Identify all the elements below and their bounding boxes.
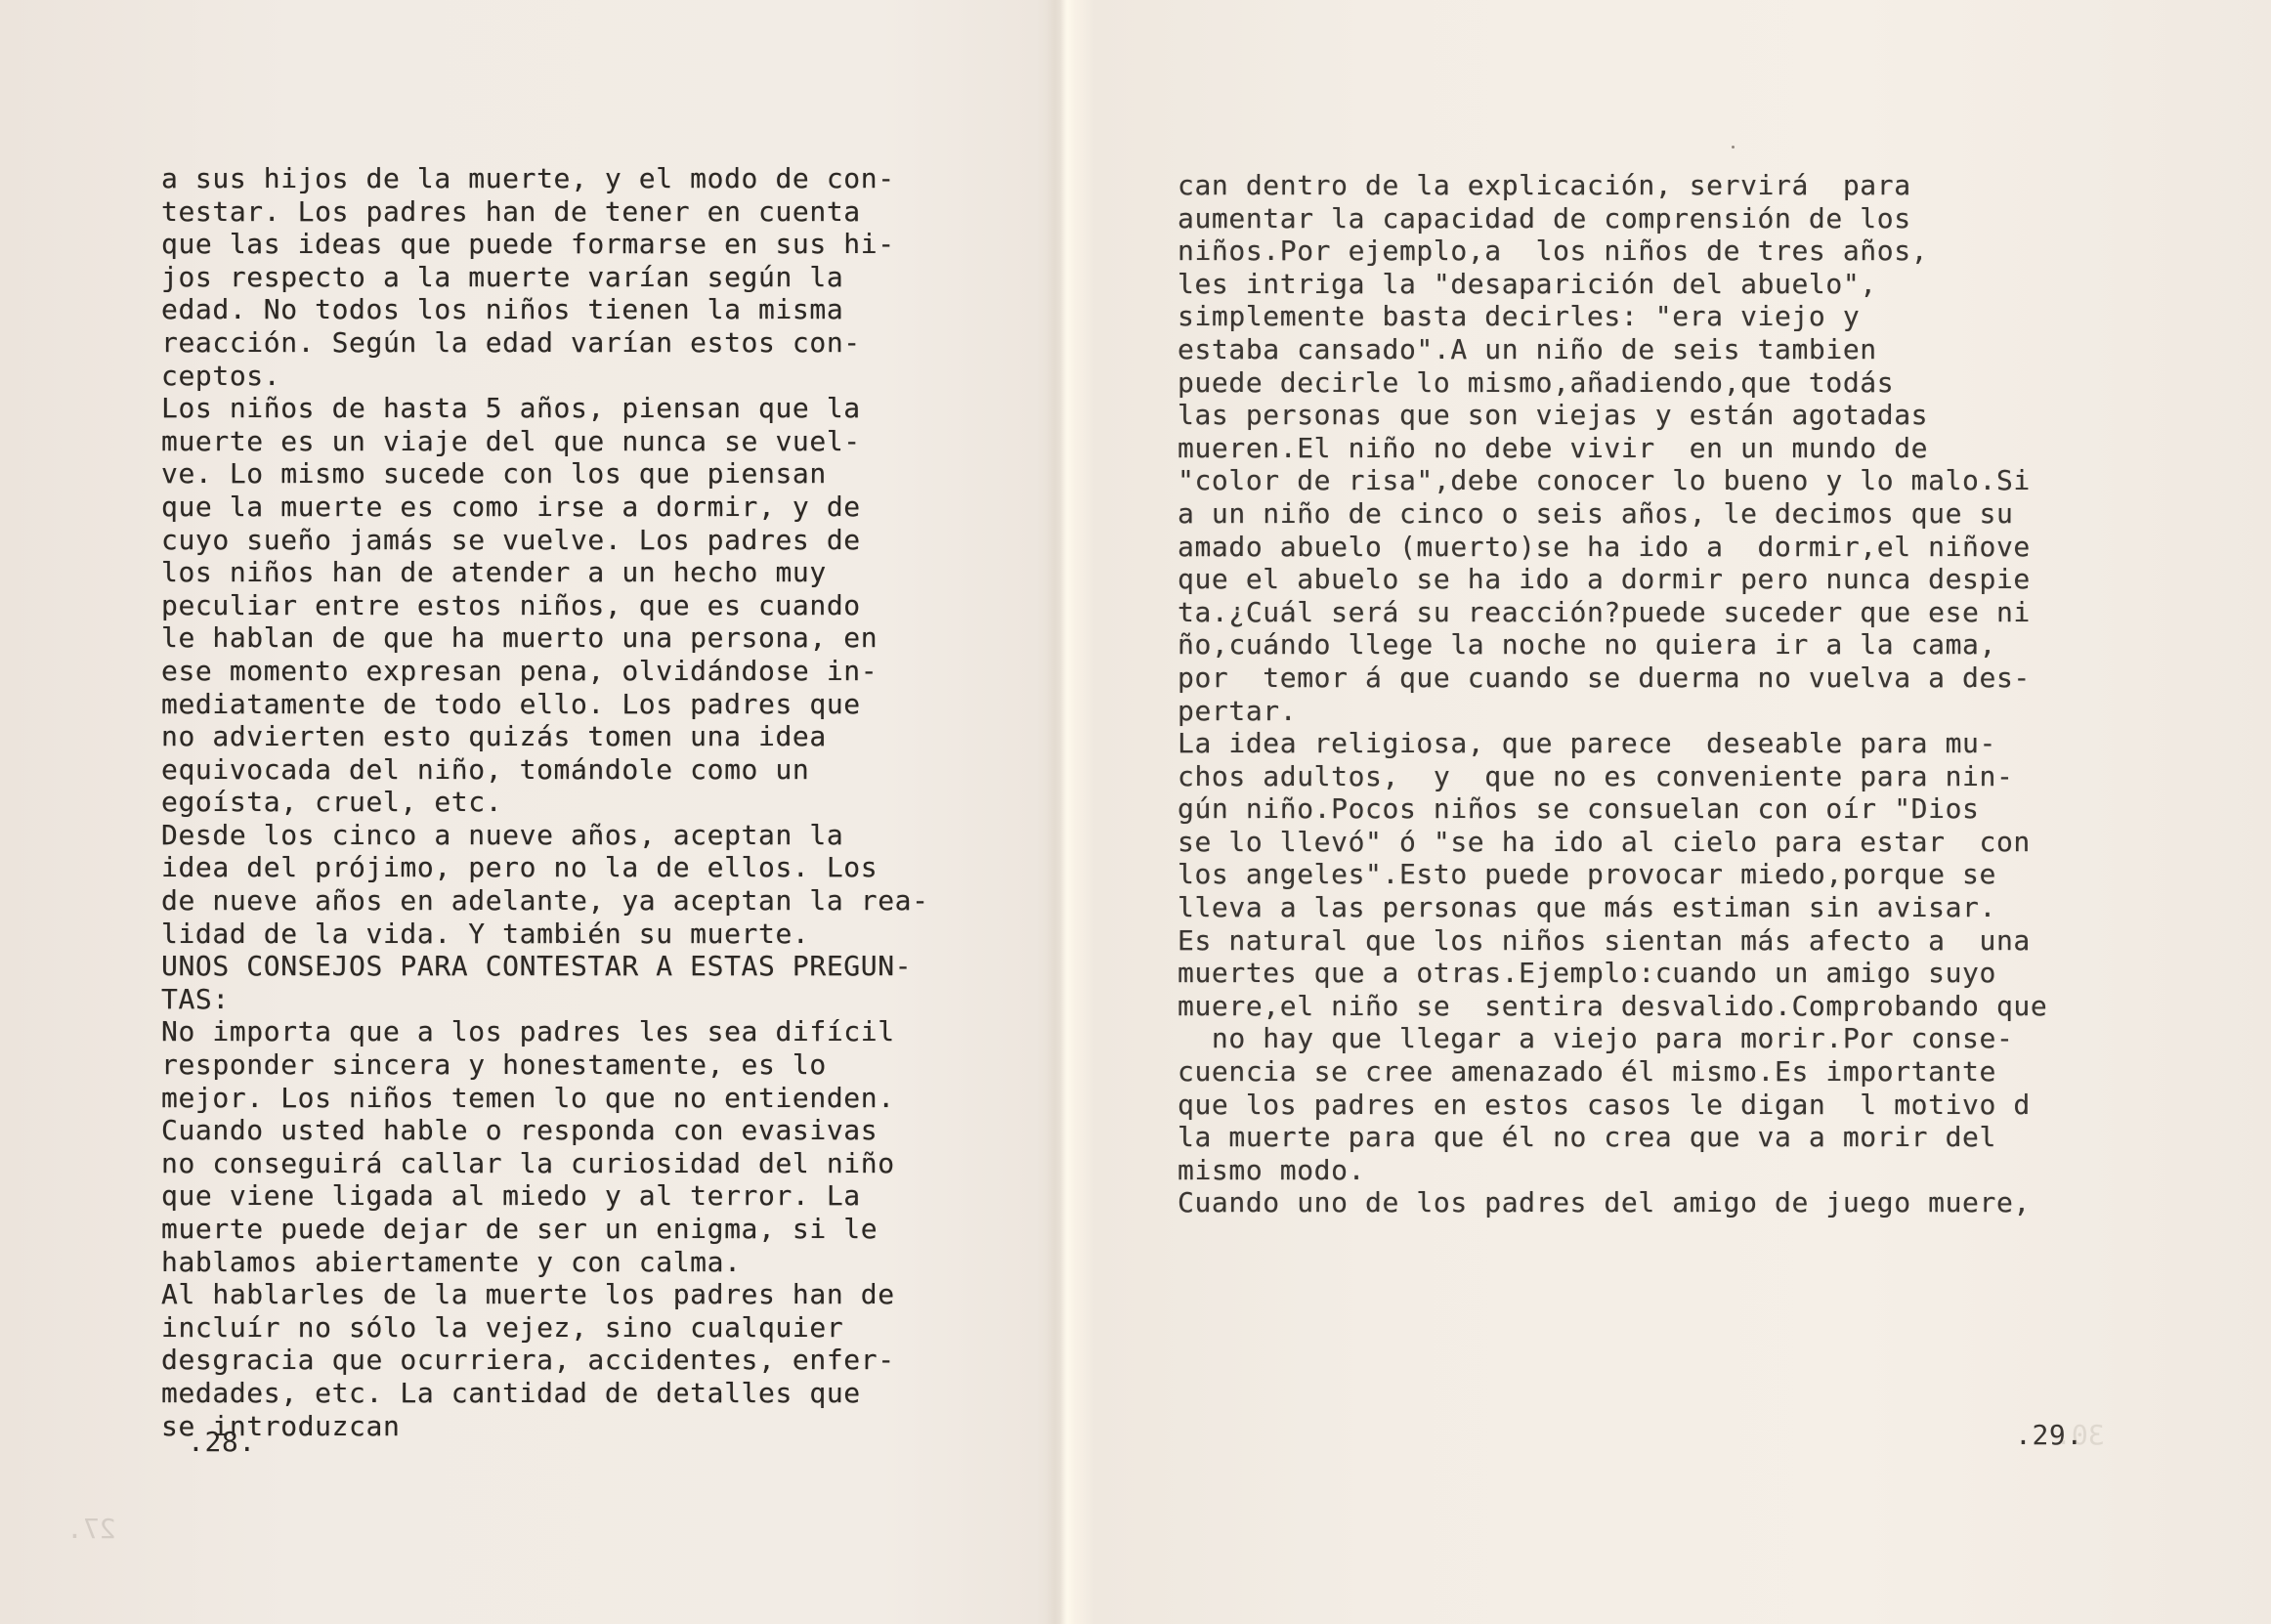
text-line: que el abuelo se ha ido a dormir pero nu… (1178, 563, 2047, 596)
text-line: las personas que son viejas y están agot… (1178, 399, 2047, 432)
text-line: le hablan de que ha muerto una persona, … (161, 621, 929, 655)
text-line: peculiar entre estos niños, que es cuand… (161, 589, 929, 622)
left-page-number: .28. (188, 1426, 256, 1458)
text-line: se lo llevó" ó "se ha ido al cielo para … (1178, 826, 2047, 859)
right-page: can dentro de la explicación, servirá pa… (1070, 0, 2271, 1624)
text-line: niños.Por ejemplo,a los niños de tres añ… (1178, 235, 2047, 268)
text-line: incluír no sólo la vejez, sino cualquier (161, 1311, 929, 1345)
text-line: "color de risa",debe conocer lo bueno y … (1178, 464, 2047, 497)
text-line: a un niño de cinco o seis años, le decim… (1178, 497, 2047, 531)
text-line: equivocada del niño, tomándole como un (161, 753, 929, 787)
text-line: de nueve años en adelante, ya aceptan la… (161, 884, 929, 918)
text-line: edad. No todos los niños tienen la misma (161, 293, 929, 326)
text-line: mismo modo. (1178, 1154, 2047, 1187)
text-line: chos adultos, y que no es conveniente pa… (1178, 760, 2047, 793)
text-line: Desde los cinco a nueve años, aceptan la (161, 819, 929, 852)
text-line: ta.¿Cuál será su reacción?puede suceder … (1178, 596, 2047, 629)
text-line: a sus hijos de la muerte, y el modo de c… (161, 162, 929, 195)
text-line: se introduzcan (161, 1410, 929, 1443)
text-line: amado abuelo (muerto)se ha ido a dormir,… (1178, 531, 2047, 564)
text-line: TAS: (161, 983, 929, 1016)
text-line: Es natural que los niños sientan más afe… (1178, 924, 2047, 958)
text-line: lidad de la vida. Y también su muerte. (161, 918, 929, 951)
text-line: ño,cuándo llege la noche no quiera ir a … (1178, 628, 2047, 662)
text-line: Al hablarles de la muerte los padres han… (161, 1278, 929, 1311)
text-line: simplemente basta decirles: "era viejo y (1178, 300, 2047, 333)
text-line: los niños han de atender a un hecho muy (161, 556, 929, 589)
text-line: no advierten esto quizás tomen una idea (161, 720, 929, 753)
text-line: mueren.El niño no debe vivir en un mundo… (1178, 432, 2047, 465)
text-line: gún niño.Pocos niños se consuelan con oí… (1178, 792, 2047, 826)
text-line: medades, etc. La cantidad de detalles qu… (161, 1377, 929, 1410)
text-line: muerte puede dejar de ser un enigma, si … (161, 1213, 929, 1246)
text-line: jos respecto a la muerte varían según la (161, 261, 929, 294)
text-line: que las ideas que puede formarse en sus … (161, 228, 929, 261)
text-line: pertar. (1178, 695, 2047, 728)
bleed-through-page-number: 27. (66, 1513, 116, 1545)
text-line: que la muerte es como irse a dormir, y d… (161, 491, 929, 524)
text-line: desgracia que ocurriera, accidentes, enf… (161, 1344, 929, 1377)
text-line: egoísta, cruel, etc. (161, 786, 929, 819)
text-line: no conseguirá callar la curiosidad del n… (161, 1147, 929, 1180)
text-line: ese momento expresan pena, olvidándose i… (161, 655, 929, 688)
text-line: reacción. Según la edad varían estos con… (161, 326, 929, 360)
text-line: aumentar la capacidad de comprensión de … (1178, 202, 2047, 235)
text-line: Cuando uno de los padres del amigo de ju… (1178, 1186, 2047, 1219)
text-line: ceptos. (161, 360, 929, 393)
text-line: puede decirle lo mismo,añadiendo,que tod… (1178, 366, 2047, 400)
right-page-body: can dentro de la explicación, servirá pa… (1178, 169, 2047, 1219)
text-line: por temor á que cuando se duerma no vuel… (1178, 662, 2047, 695)
left-page: a sus hijos de la muerte, y el modo de c… (0, 0, 1065, 1624)
text-line: muere,el niño se sentira desvalido.Compr… (1178, 990, 2047, 1023)
text-line: que viene ligada al miedo y al terror. L… (161, 1179, 929, 1213)
ink-speck (1732, 146, 1735, 149)
text-line: No importa que a los padres les sea difí… (161, 1015, 929, 1048)
text-line: muerte es un viaje del que nunca se vuel… (161, 425, 929, 458)
text-line: no hay que llegar a viejo para morir.Por… (1178, 1022, 2047, 1055)
text-line: Los niños de hasta 5 años, piensan que l… (161, 392, 929, 425)
text-line: cuencia se cree amenazado él mismo.Es im… (1178, 1055, 2047, 1089)
text-line: can dentro de la explicación, servirá pa… (1178, 169, 2047, 202)
text-line: estaba cansado".A un niño de seis tambie… (1178, 333, 2047, 366)
text-line: cuyo sueño jamás se vuelve. Los padres d… (161, 524, 929, 557)
bleed-through-page-number-right: 30. (2055, 1419, 2105, 1451)
text-line: los angeles".Esto puede provocar miedo,p… (1178, 858, 2047, 891)
text-line: la muerte para que él no crea que va a m… (1178, 1121, 2047, 1154)
left-page-body: a sus hijos de la muerte, y el modo de c… (161, 162, 929, 1442)
text-line: que los padres en estos casos le digan l… (1178, 1089, 2047, 1122)
text-line: les intriga la "desaparición del abuelo"… (1178, 268, 2047, 301)
text-line: UNOS CONSEJOS PARA CONTESTAR A ESTAS PRE… (161, 950, 929, 983)
text-line: lleva a las personas que más estiman sin… (1178, 891, 2047, 924)
text-line: muertes que a otras.Ejemplo:cuando un am… (1178, 957, 2047, 990)
text-line: ve. Lo mismo sucede con los que piensan (161, 457, 929, 491)
text-line: idea del prójimo, pero no la de ellos. L… (161, 851, 929, 884)
text-line: responder sincera y honestamente, es lo (161, 1048, 929, 1082)
text-line: Cuando usted hable o responda con evasiv… (161, 1114, 929, 1147)
text-line: La idea religiosa, que parece deseable p… (1178, 727, 2047, 760)
text-line: testar. Los padres han de tener en cuent… (161, 195, 929, 229)
text-line: hablamos abiertamente y con calma. (161, 1246, 929, 1279)
text-line: mediatamente de todo ello. Los padres qu… (161, 688, 929, 721)
text-line: mejor. Los niños temen lo que no entiend… (161, 1082, 929, 1115)
book-spread: a sus hijos de la muerte, y el modo de c… (0, 0, 2271, 1624)
